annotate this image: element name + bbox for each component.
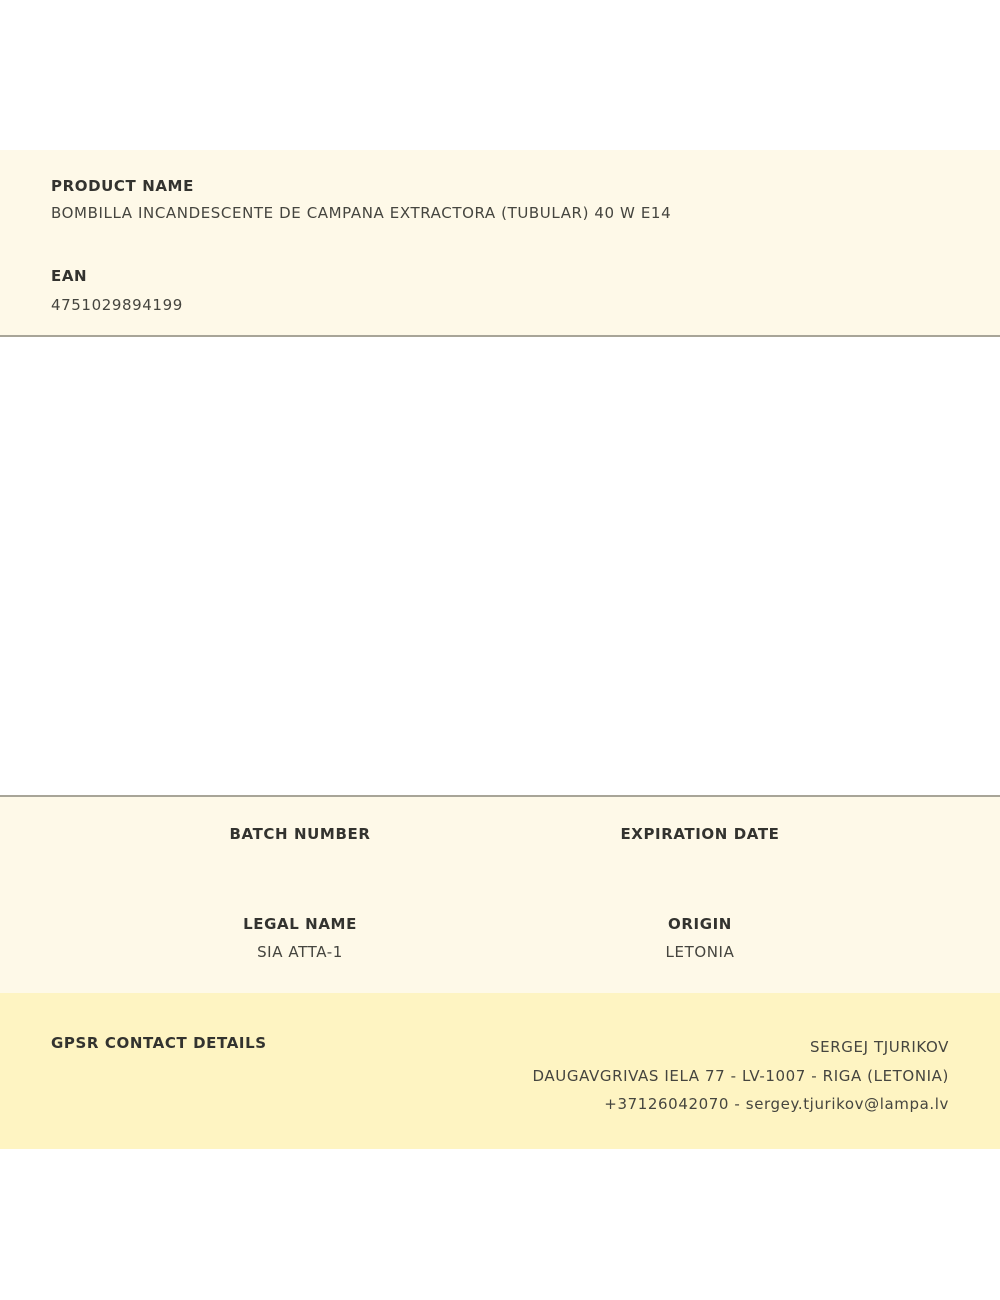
ean-label: EAN (51, 267, 87, 285)
product-name-value: BOMBILLA INCANDESCENTE DE CAMPANA EXTRAC… (51, 204, 671, 222)
product-info-section: PRODUCT NAME BOMBILLA INCANDESCENTE DE C… (0, 150, 1000, 337)
contact-name: SERGEJ TJURIKOV (533, 1033, 949, 1062)
expiration-date-label: EXPIRATION DATE (620, 825, 779, 843)
legal-name-value: SIA ATTA-1 (100, 943, 500, 961)
batch-number-label: BATCH NUMBER (230, 825, 371, 843)
origin-label: ORIGIN (668, 915, 732, 933)
contact-address: DAUGAVGRIVAS IELA 77 - LV-1007 - RIGA (L… (533, 1062, 949, 1091)
legal-name-label: LEGAL NAME (243, 915, 357, 933)
product-name-label: PRODUCT NAME (51, 177, 194, 195)
details-section: BATCH NUMBER EXPIRATION DATE LEGAL NAME … (0, 795, 1000, 995)
contact-details: SERGEJ TJURIKOV DAUGAVGRIVAS IELA 77 - L… (533, 1033, 949, 1119)
gpsr-contact-section: GPSR CONTACT DETAILS SERGEJ TJURIKOV DAU… (0, 993, 1000, 1149)
contact-phone-email: +37126042070 - sergey.tjurikov@lampa.lv (533, 1090, 949, 1119)
expiration-date-cell: EXPIRATION DATE (500, 824, 900, 853)
origin-cell: ORIGIN LETONIA (500, 914, 900, 961)
origin-value: LETONIA (500, 943, 900, 961)
legal-name-cell: LEGAL NAME SIA ATTA-1 (100, 914, 500, 961)
batch-number-cell: BATCH NUMBER (100, 824, 500, 853)
gpsr-contact-label: GPSR CONTACT DETAILS (51, 1034, 267, 1052)
ean-value: 4751029894199 (51, 296, 183, 314)
